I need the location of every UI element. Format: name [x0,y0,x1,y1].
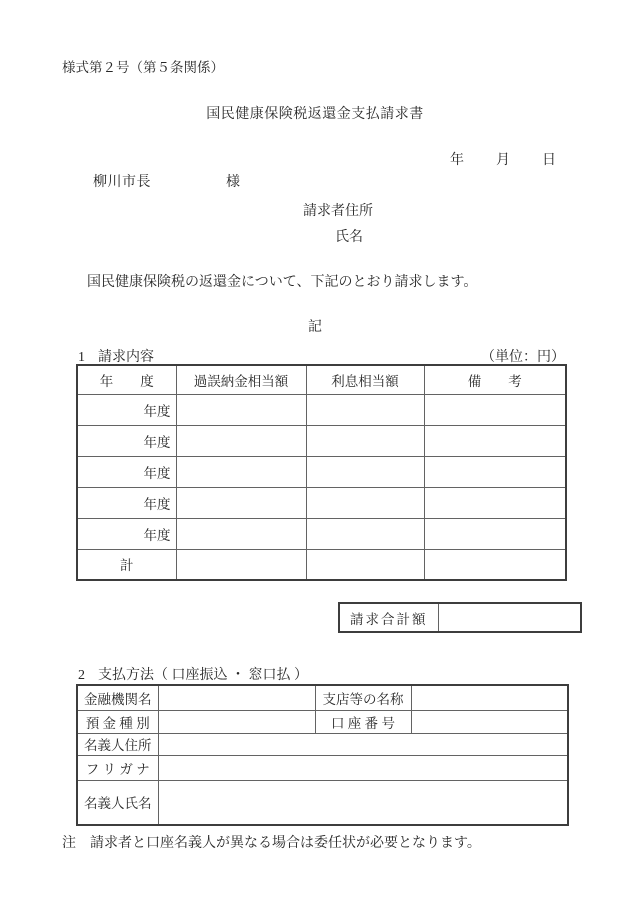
claim-total-row: 計 [77,549,566,580]
payment-row-holder-name: 名義人氏名 [77,780,568,825]
payment-table: 金融機関名 支店等の名称 預 金 種 別 口 座 番 号 名義人住所 フ リ ガ… [76,684,569,826]
claim-table: 年 度 過誤納金相当額 利息相当額 備 考 年度 年度 年度 年度 [76,364,567,581]
footnote: 注 請求者と口座名義人が異なる場合は委任状が必要となります。 [62,832,481,852]
payment-row-furigana: フ リ ガ ナ [77,755,568,780]
grand-total-value-cell [438,603,581,632]
remarks-cell [424,394,566,425]
section1-heading: 1請求内容 [78,346,154,366]
total-remarks-cell [424,549,566,580]
interest-cell [306,487,424,518]
document-title: 国民健康保険税返還金支払請求書 [0,103,630,123]
requester-name-label: 氏名 [335,226,363,246]
claim-row: 年度 [77,425,566,456]
interest-cell [306,518,424,549]
overpayment-cell [176,456,306,487]
remarks-cell [424,456,566,487]
section2-heading: 2支払方法（ 口座振込 ・ 窓口払 ） [78,664,308,684]
date-line: 年 月 日 [450,149,556,169]
col-header-remarks: 備 考 [424,365,566,394]
payment-row-holder-address: 名義人住所 [77,733,568,755]
form-number: 様式第２号（第５条関係） [62,56,224,76]
year-label-cell: 年度 [77,518,176,549]
bank-name-label: 金融機関名 [77,685,158,710]
grand-total-label: 請求合計額 [339,603,438,632]
claim-row: 年度 [77,456,566,487]
furigana-cell [158,755,568,780]
unit-note: （単位：円） [481,346,565,366]
overpayment-cell [176,425,306,456]
interest-cell [306,394,424,425]
total-interest-cell [306,549,424,580]
section2-title: 支払方法（ 口座振込 ・ 窓口払 ） [98,668,308,683]
holder-name-label: 名義人氏名 [77,780,158,825]
account-type-cell [158,710,315,733]
remarks-cell [424,487,566,518]
account-number-cell [411,710,568,733]
overpayment-cell [176,394,306,425]
date-day-label: 日 [542,149,556,169]
year-label-cell: 年度 [77,425,176,456]
grand-total-box: 請求合計額 [338,602,582,633]
payment-row-account: 預 金 種 別 口 座 番 号 [77,710,568,733]
date-month-label: 月 [496,149,510,169]
account-type-label: 預 金 種 別 [77,710,158,733]
interest-cell [306,456,424,487]
col-header-interest: 利息相当額 [306,365,424,394]
holder-name-cell [158,780,568,825]
year-label-cell: 年度 [77,487,176,518]
year-label-cell: 年度 [77,456,176,487]
addressee: 柳川市長 [93,171,151,191]
section2-number: 2 [78,668,85,684]
furigana-label: フ リ ガ ナ [77,755,158,780]
holder-address-cell [158,733,568,755]
remarks-cell [424,518,566,549]
record-mark: 記 [0,316,630,336]
addressee-honorific: 様 [226,171,240,191]
branch-name-label: 支店等の名称 [315,685,411,710]
remarks-cell [424,425,566,456]
section1-title: 請求内容 [98,350,154,365]
overpayment-cell [176,518,306,549]
claim-row: 年度 [77,518,566,549]
claim-row: 年度 [77,394,566,425]
date-year-label: 年 [450,149,464,169]
payment-row-bank: 金融機関名 支店等の名称 [77,685,568,710]
statement-text: 国民健康保険税の返還金について、下記のとおり請求します。 [87,271,477,291]
year-label-cell: 年度 [77,394,176,425]
claim-row: 年度 [77,487,566,518]
claim-table-header-row: 年 度 過誤納金相当額 利息相当額 備 考 [77,365,566,394]
requester-address-label: 請求者住所 [303,200,373,220]
col-header-year: 年 度 [77,365,176,394]
form-page: 様式第２号（第５条関係） 国民健康保険税返還金支払請求書 年 月 日 柳川市長 … [0,0,630,903]
bank-name-cell [158,685,315,710]
overpayment-cell [176,487,306,518]
branch-name-cell [411,685,568,710]
total-overpayment-cell [176,549,306,580]
account-number-label: 口 座 番 号 [315,710,411,733]
total-row-label: 計 [77,549,176,580]
col-header-overpayment: 過誤納金相当額 [176,365,306,394]
holder-address-label: 名義人住所 [77,733,158,755]
interest-cell [306,425,424,456]
